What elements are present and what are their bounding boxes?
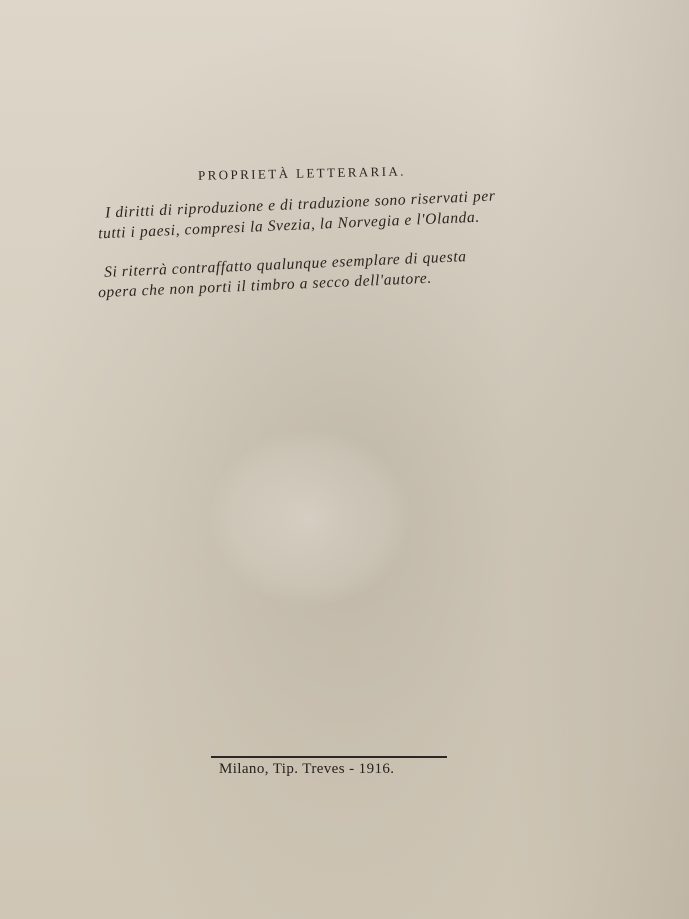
copyright-heading: PROPRIETÀ LETTERARIA. bbox=[198, 162, 468, 184]
embossed-seal-icon bbox=[210, 430, 410, 605]
book-page: PROPRIETÀ LETTERARIA. I diritti di ripro… bbox=[0, 0, 689, 919]
page-shadow bbox=[509, 0, 689, 919]
printer-imprint: Milano, Tip. Treves - 1916. bbox=[219, 761, 394, 778]
divider-rule bbox=[211, 756, 447, 758]
